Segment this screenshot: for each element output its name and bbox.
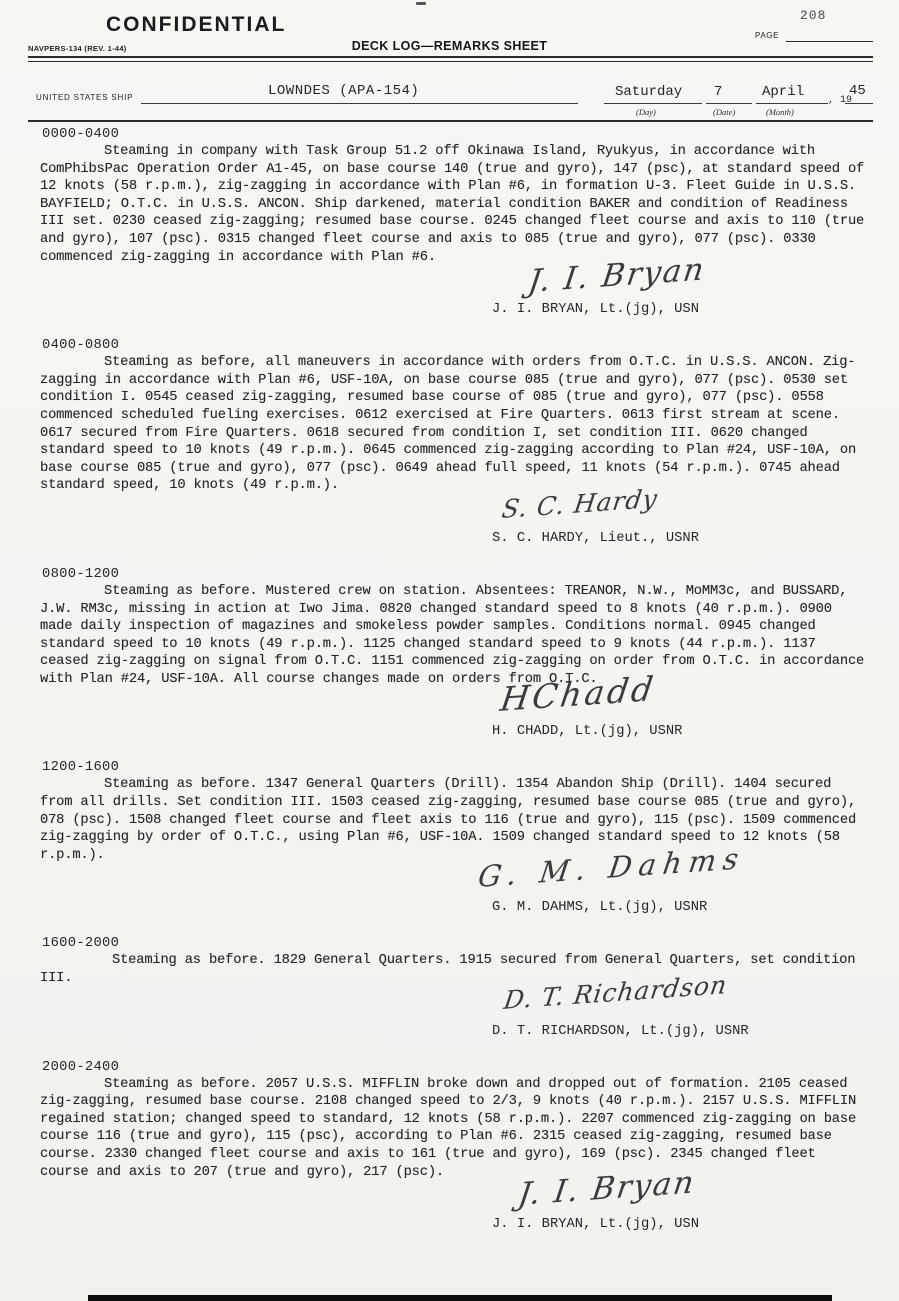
ship-label: UNITED STATES SHIP [36,93,133,102]
log-entry-1600-2000: 1600-2000 Steaming as before. 1829 Gener… [40,936,865,1047]
entry-text: Steaming as before. 2057 U.S.S. MIFFLIN … [40,1076,865,1182]
day-caption: (Day) [636,107,656,117]
date-caption: (Date) [713,107,735,117]
log-entry-0800-1200: 0800-1200 Steaming as before. Mustered c… [40,567,865,749]
watch-period: 1200-1600 [42,760,865,775]
typed-signature: D. T. RICHARDSON, Lt.(jg), USNR [492,1024,749,1039]
signature-block: J. I. Bryan J. I. BRYAN, Lt.(jg), USN [492,1195,865,1241]
ship-name-line [141,103,578,104]
deck-log-page: CONFIDENTIAL 208 PAGE NAVPERS-134 (REV. … [0,0,899,1301]
entry-text: Steaming as before, all maneuvers in acc… [40,354,865,495]
watch-period: 1600-2000 [42,936,865,951]
typed-signature: H. CHADD, Lt.(jg), USNR [492,724,682,739]
log-entry-2000-2400: 2000-2400 Steaming as before. 2057 U.S.S… [40,1060,865,1242]
entry-text: Steaming in company with Task Group 51.2… [40,143,865,266]
log-day: Saturday [615,84,682,100]
scan-speck [416,2,426,5]
log-entries: 0000-0400 Steaming in company with Task … [40,127,865,1253]
header-bottom-rule [28,120,873,122]
typed-signature: S. C. HARDY, Lieut., USNR [492,531,699,546]
page-number: 208 [800,8,826,23]
log-year: 45 [849,83,866,99]
log-date: 7 [714,84,722,100]
month-line [756,103,828,104]
signature-block: D. T. Richardson D. T. RICHARDSON, Lt.(j… [492,1002,865,1048]
signature-block: HChadd H. CHADD, Lt.(jg), USNR [492,702,865,748]
typed-signature: G. M. DAHMS, Lt.(jg), USNR [492,900,707,915]
header-double-rule [28,56,873,62]
month-caption: (Month) [766,107,794,117]
scan-edge-artifact [88,1295,832,1301]
typed-signature: J. I. BRYAN, Lt.(jg), USN [492,1217,699,1232]
ship-name: LOWNDES (APA-154) [268,83,419,99]
signature-block: G. M. Dahms G. M. DAHMS, Lt.(jg), USNR [492,878,865,924]
log-entry-1200-1600: 1200-1600 Steaming as before. 1347 Gener… [40,760,865,924]
signature-block: J. I. Bryan J. I. BRYAN, Lt.(jg), USN [492,280,865,326]
log-entry-0400-0800: 0400-0800 Steaming as before, all maneuv… [40,338,865,555]
document-title: DECK LOG—REMARKS SHEET [0,39,899,53]
entry-text: Steaming as before. Mustered crew on sta… [40,583,865,689]
log-entry-0000-0400: 0000-0400 Steaming in company with Task … [40,127,865,326]
watch-period: 2000-2400 [42,1060,865,1075]
watch-period: 0400-0800 [42,338,865,353]
date-line [706,103,752,104]
signature-block: S. C. Hardy S. C. HARDY, Lieut., USNR [492,509,865,555]
entry-text: Steaming as before. 1829 General Quarter… [40,952,865,987]
classification-stamp: CONFIDENTIAL [106,13,286,37]
day-line [604,103,702,104]
typed-signature: J. I. BRYAN, Lt.(jg), USN [492,302,699,317]
watch-period: 0800-1200 [42,567,865,582]
watch-period: 0000-0400 [42,127,865,142]
log-month: April [762,84,804,100]
